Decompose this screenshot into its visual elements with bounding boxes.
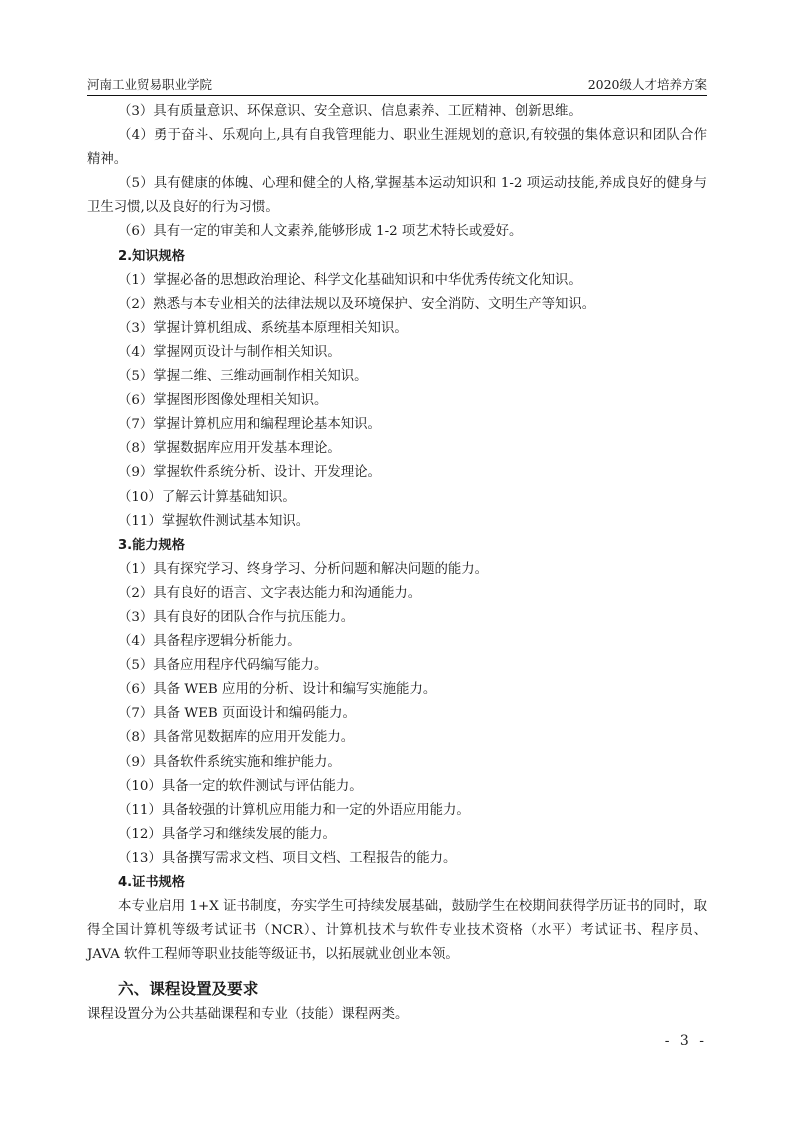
- certificate-spec-heading: 4.证书规格: [87, 871, 707, 895]
- knowledge-item: （8）掌握数据库应用开发基本理论。: [87, 437, 707, 461]
- knowledge-item: （11）掌握软件测试基本知识。: [87, 510, 707, 534]
- knowledge-item: （6）掌握图形图像处理相关知识。: [87, 389, 707, 413]
- ability-item: （13）具备撰写需求文档、项目文档、工程报告的能力。: [87, 847, 707, 871]
- quality-item: （6）具有一定的审美和人文素养,能够形成 1-2 项艺术特长或爱好。: [87, 220, 707, 244]
- ability-item: （12）具备学习和继续发展的能力。: [87, 823, 707, 847]
- ability-spec-heading: 3.能力规格: [87, 534, 707, 558]
- chapter-six-paragraph: 课程设置分为公共基础课程和专业（技能）课程两类。: [87, 1003, 707, 1027]
- quality-item: （3）具有质量意识、环保意识、安全意识、信息素养、工匠精神、创新思维。: [87, 100, 707, 124]
- knowledge-spec-list: （1）掌握必备的思想政治理论、科学文化基础知识和中华优秀传统文化知识。 （2）熟…: [87, 269, 707, 534]
- page-header: 河南工业贸易职业学院 2020级人才培养方案: [87, 74, 707, 96]
- chapter-six-heading: 六、课程设置及要求: [87, 976, 707, 1002]
- ability-item: （7）具备 WEB 页面设计和编码能力。: [87, 702, 707, 726]
- ability-spec-list: （1）具有探究学习、终身学习、分析问题和解决问题的能力。 （2）具有良好的语言、…: [87, 558, 707, 871]
- document-body: （3）具有质量意识、环保意识、安全意识、信息素养、工匠精神、创新思维。 （4）勇…: [87, 100, 707, 1027]
- certificate-paragraph: 本专业启用 1+X 证书制度，夯实学生可持续发展基础，鼓励学生在校期间获得学历证…: [87, 895, 707, 967]
- ability-item: （1）具有探究学习、终身学习、分析问题和解决问题的能力。: [87, 558, 707, 582]
- knowledge-item: （4）掌握网页设计与制作相关知识。: [87, 341, 707, 365]
- ability-item: （9）具备软件系统实施和维护能力。: [87, 751, 707, 775]
- knowledge-item: （10）了解云计算基础知识。: [87, 486, 707, 510]
- knowledge-spec-heading: 2.知识规格: [87, 245, 707, 269]
- ability-item: （4）具备程序逻辑分析能力。: [87, 630, 707, 654]
- quality-item: （5）具有健康的体魄、心理和健全的人格,掌握基本运动知识和 1-2 项运动技能,…: [87, 172, 707, 220]
- ability-item: （6）具备 WEB 应用的分析、设计和编写实施能力。: [87, 678, 707, 702]
- ability-item: （11）具备较强的计算机应用能力和一定的外语应用能力。: [87, 799, 707, 823]
- ability-item: （5）具备应用程序代码编写能力。: [87, 654, 707, 678]
- ability-item: （2）具有良好的语言、文字表达能力和沟通能力。: [87, 582, 707, 606]
- knowledge-item: （1）掌握必备的思想政治理论、科学文化基础知识和中华优秀传统文化知识。: [87, 269, 707, 293]
- knowledge-item: （9）掌握软件系统分析、设计、开发理论。: [87, 461, 707, 485]
- header-document-title: 2020级人才培养方案: [588, 75, 707, 93]
- ability-item: （8）具备常见数据库的应用开发能力。: [87, 726, 707, 750]
- knowledge-item: （2）熟悉与本专业相关的法律法规以及环境保护、安全消防、文明生产等知识。: [87, 293, 707, 317]
- ability-item: （10）具备一定的软件测试与评估能力。: [87, 775, 707, 799]
- quality-spec-list: （3）具有质量意识、环保意识、安全意识、信息素养、工匠精神、创新思维。 （4）勇…: [87, 100, 707, 245]
- knowledge-item: （7）掌握计算机应用和编程理论基本知识。: [87, 413, 707, 437]
- quality-item: （4）勇于奋斗、乐观向上,具有自我管理能力、职业生涯规划的意识,有较强的集体意识…: [87, 124, 707, 172]
- ability-item: （3）具有良好的团队合作与抗压能力。: [87, 606, 707, 630]
- page-number: - 3 -: [665, 1033, 707, 1049]
- header-institution: 河南工业贸易职业学院: [87, 75, 212, 93]
- knowledge-item: （3）掌握计算机组成、系统基本原理相关知识。: [87, 317, 707, 341]
- knowledge-item: （5）掌握二维、三维动画制作相关知识。: [87, 365, 707, 389]
